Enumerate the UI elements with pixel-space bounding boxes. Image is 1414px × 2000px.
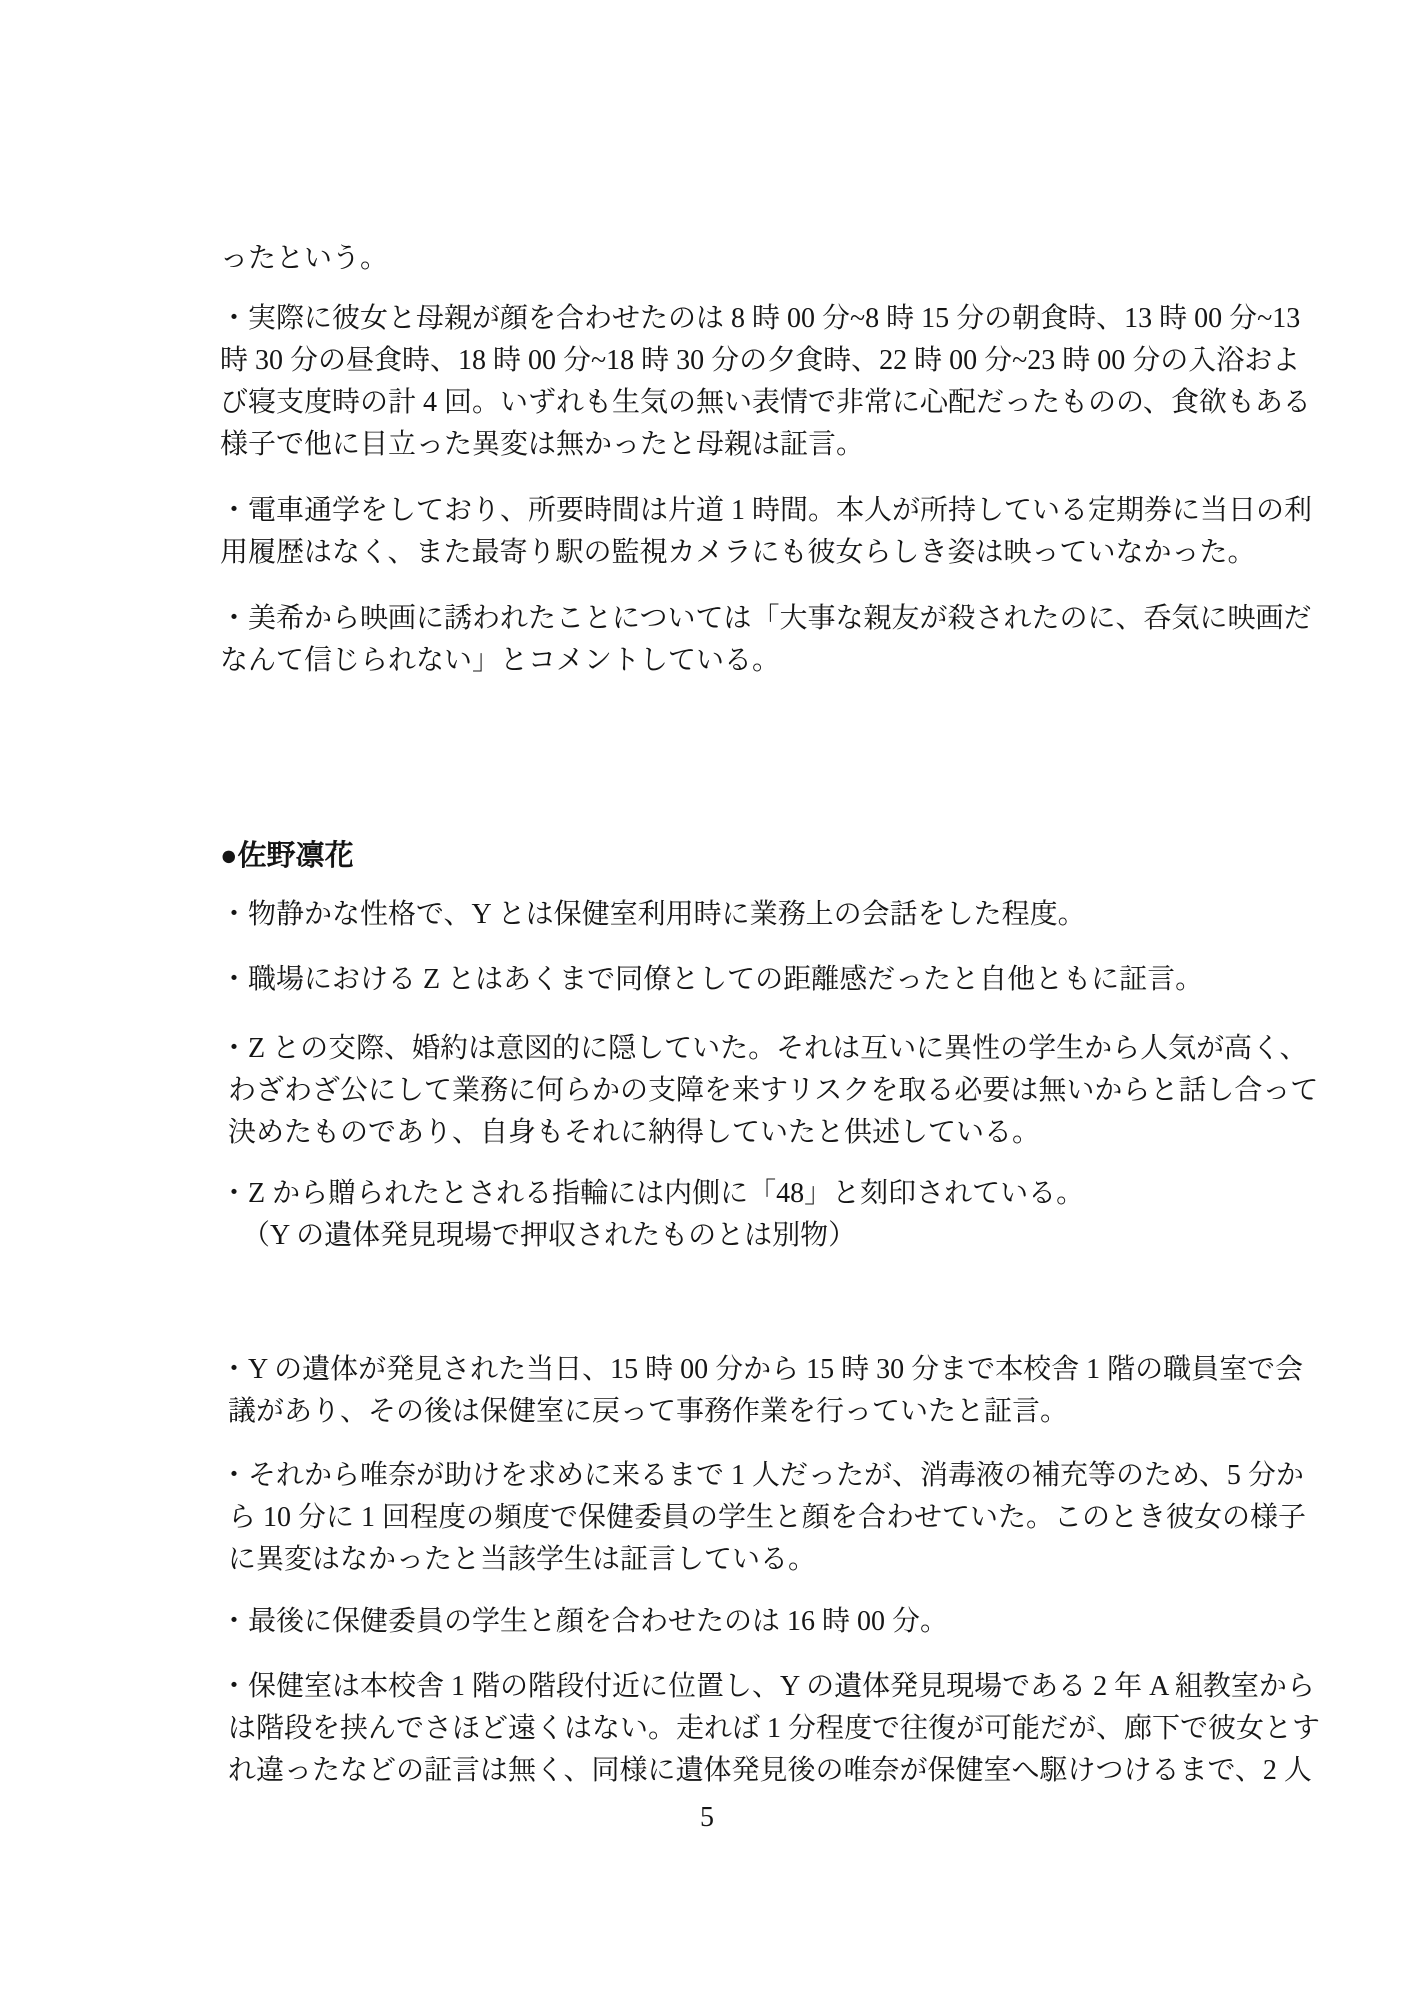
text-line: わざわざ公にして業務に何らかの支障を来すリスクを取る必要は無いからと話し合って [220,1070,1210,1112]
text-line: ・物静かな性格で、Y とは保健室利用時に業務上の会話をした程度。 [220,894,1210,936]
section-heading-text: ●佐野凛花 [220,835,1210,877]
paragraph: ・Y の遺体が発見された当日、15 時 00 分から 15 時 30 分まで本校… [220,1349,1210,1433]
text-line: 様子で他に目立った異変は無かったと母親は証言。 [220,424,1210,466]
text-line: は階段を挟んでさほど遠くはない。走れば 1 分程度で往復が可能だが、廊下で彼女と… [220,1708,1210,1750]
paragraph: ・Z との交際、婚約は意図的に隠していた。それは互いに異性の学生から人気が高く、… [220,1028,1210,1154]
text-line: ・Y の遺体が発見された当日、15 時 00 分から 15 時 30 分まで本校… [220,1349,1210,1391]
text-line: なんて信じられない」とコメントしている。 [220,640,1210,682]
section-heading: ●佐野凛花 [220,835,1210,877]
page-content: ったという。・実際に彼女と母親が顔を合わせたのは 8 時 00 分~8 時 15… [220,238,1210,1792]
text-line: ・保健室は本校舎 1 階の階段付近に位置し、Y の遺体発見現場である 2 年 A… [220,1666,1210,1708]
text-line: ・電車通学をしており、所要時間は片道 1 時間。本人が所持している定期券に当日の… [220,490,1210,532]
text-line: 議があり、その後は保健室に戻って事務作業を行っていたと証言。 [220,1391,1210,1433]
paragraph: ・それから唯奈が助けを求めに来るまで 1 人だったが、消毒液の補充等のため、5 … [220,1455,1210,1581]
text-line: に異変はなかったと当該学生は証言している。 [220,1539,1210,1581]
paragraph: ・美希から映画に誘われたことについては「大事な親友が殺されたのに、呑気に映画だな… [220,598,1210,682]
text-line: ・美希から映画に誘われたことについては「大事な親友が殺されたのに、呑気に映画だ [220,598,1210,640]
page-number: 5 [0,1797,1414,1839]
paragraph: ・実際に彼女と母親が顔を合わせたのは 8 時 00 分~8 時 15 分の朝食時… [220,298,1210,466]
paragraph: ・保健室は本校舎 1 階の階段付近に位置し、Y の遺体発見現場である 2 年 A… [220,1666,1210,1792]
text-line: ・職場における Z とはあくまで同僚としての距離感だったと自他ともに証言。 [220,959,1210,1001]
text-line: ら 10 分に 1 回程度の頻度で保健委員の学生と顔を合わせていた。このとき彼女… [220,1497,1210,1539]
text-line: ・Z との交際、婚約は意図的に隠していた。それは互いに異性の学生から人気が高く、 [220,1028,1210,1070]
paragraph: ・最後に保健委員の学生と顔を合わせたのは 16 時 00 分。 [220,1601,1210,1643]
document-page: ったという。・実際に彼女と母親が顔を合わせたのは 8 時 00 分~8 時 15… [0,0,1414,2000]
text-line: （Y の遺体発見現場で押収されたものとは別物） [220,1215,1210,1257]
paragraph: ・物静かな性格で、Y とは保健室利用時に業務上の会話をした程度。 [220,894,1210,936]
text-line: 時 30 分の昼食時、18 時 00 分~18 時 30 分の夕食時、22 時 … [220,340,1210,382]
text-line: 決めたものであり、自身もそれに納得していたと供述している。 [220,1112,1210,1154]
text-line: れ違ったなどの証言は無く、同様に遺体発見後の唯奈が保健室へ駆けつけるまで、2 人 [220,1750,1210,1792]
paragraph: ・職場における Z とはあくまで同僚としての距離感だったと自他ともに証言。 [220,959,1210,1001]
text-line: ったという。 [220,238,1210,280]
paragraph: ったという。 [220,238,1210,280]
text-line: 用履歴はなく、また最寄り駅の監視カメラにも彼女らしき姿は映っていなかった。 [220,532,1210,574]
text-line: び寝支度時の計 4 回。いずれも生気の無い表情で非常に心配だったものの、食欲もあ… [220,382,1210,424]
paragraph: ・Z から贈られたとされる指輪には内側に「48」と刻印されている。（Y の遺体発… [220,1173,1210,1257]
paragraph: ・電車通学をしており、所要時間は片道 1 時間。本人が所持している定期券に当日の… [220,490,1210,574]
text-line: ・最後に保健委員の学生と顔を合わせたのは 16 時 00 分。 [220,1601,1210,1643]
text-line: ・それから唯奈が助けを求めに来るまで 1 人だったが、消毒液の補充等のため、5 … [220,1455,1210,1497]
text-line: ・Z から贈られたとされる指輪には内側に「48」と刻印されている。 [220,1173,1210,1215]
text-line: ・実際に彼女と母親が顔を合わせたのは 8 時 00 分~8 時 15 分の朝食時… [220,298,1210,340]
